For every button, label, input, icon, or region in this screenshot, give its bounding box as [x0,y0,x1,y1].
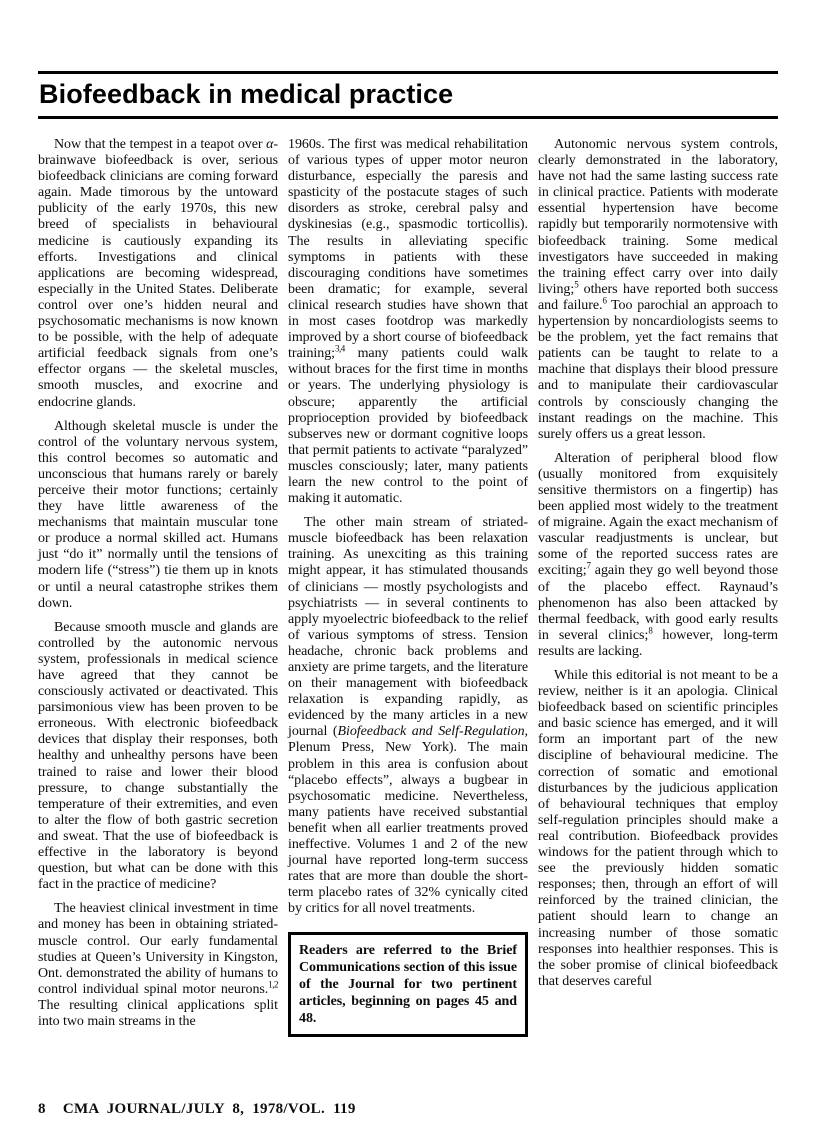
article-title: Biofeedback in medical practice [38,74,778,116]
notice-box: Readers are referred to the Brief Commun… [288,932,528,1037]
paragraph: Alteration of peripheral blood flow (usu… [538,451,778,660]
journal-page: Biofeedback in medical practice Now that… [0,0,816,1132]
paragraph: The heaviest clinical investment in time… [38,901,278,1030]
article-masthead: Biofeedback in medical practice [38,71,778,119]
footer-journal-line: CMA JOURNAL/JULY 8, 1978/VOL. 119 [63,1101,356,1117]
column-2: 1960s. The first was medical rehabilitat… [288,137,528,1038]
column-1: Now that the tempest in a teapot over α-… [38,137,278,1038]
paragraph: Although skeletal muscle is under the co… [38,419,278,612]
paragraph: While this editorial is not meant to be … [538,668,778,990]
column-3: Autonomic nervous system controls, clear… [538,137,778,1038]
paragraph: 1960s. The first was medical rehabilitat… [288,137,528,507]
paragraph: Because smooth muscle and glands are con… [38,620,278,894]
text-columns: Now that the tempest in a teapot over α-… [38,137,778,1038]
title-rule-bottom [38,116,778,119]
page-footer: 8CMA JOURNAL/JULY 8, 1978/VOL. 119 [38,1101,778,1118]
footer-page-number: 8 [38,1101,46,1117]
paragraph: Autonomic nervous system controls, clear… [538,137,778,443]
paragraph: Now that the tempest in a teapot over α-… [38,137,278,411]
paragraph: The other main stream of striated-muscle… [288,515,528,917]
page-content: Biofeedback in medical practice Now that… [38,0,778,1038]
